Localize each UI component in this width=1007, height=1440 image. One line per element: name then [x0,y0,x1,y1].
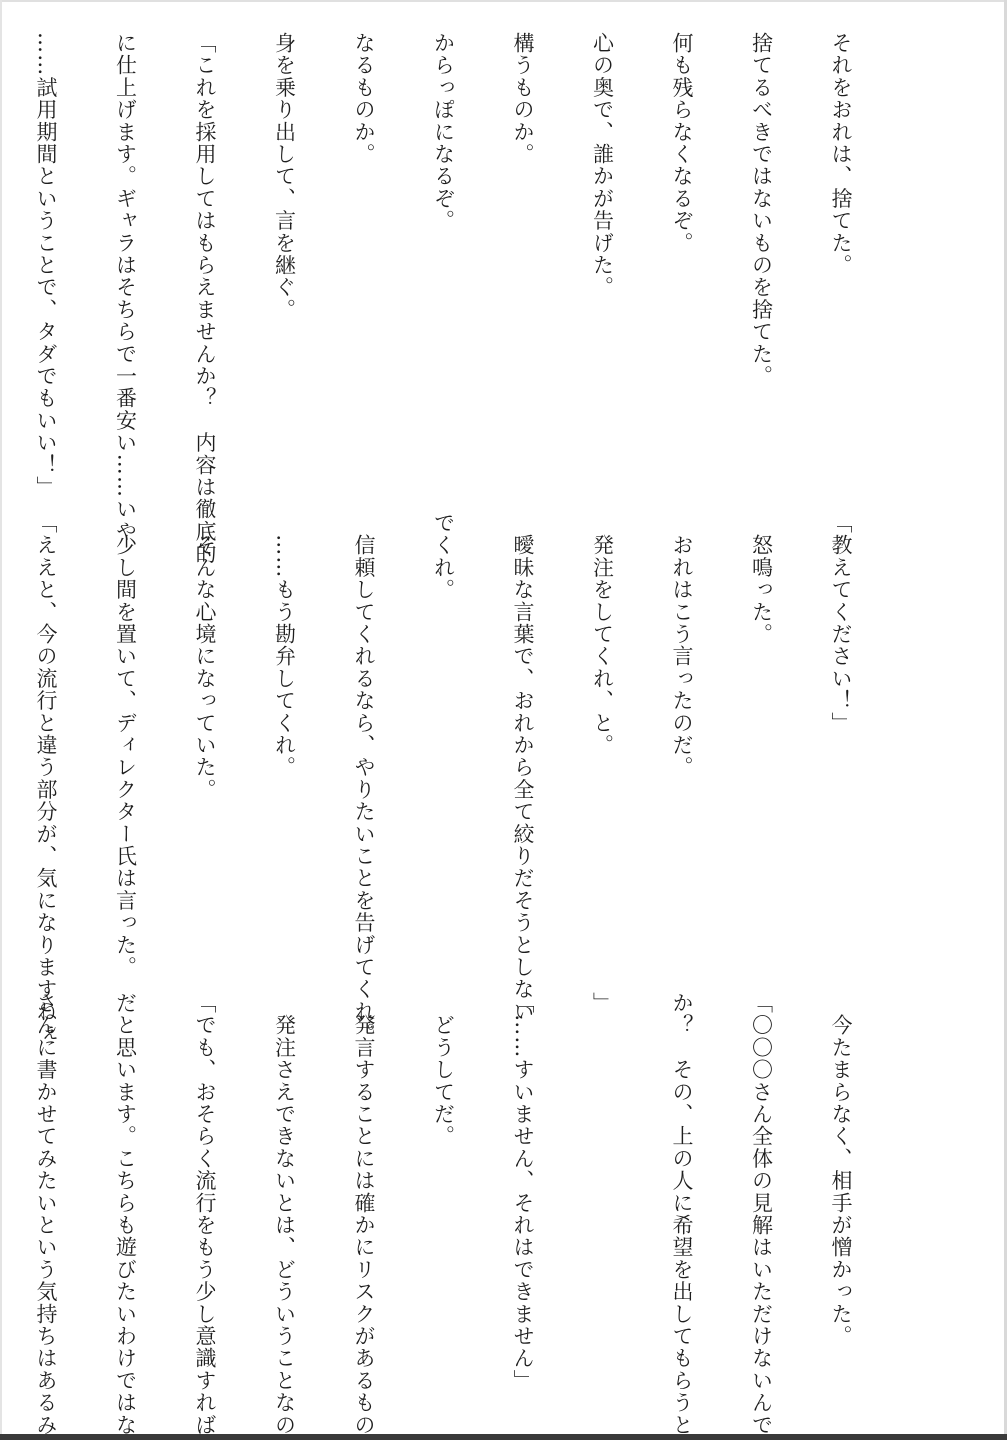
text-line: か？ その、上の人に希望を出してもらうとか…… [669,992,696,1412]
text-line: 心の奥で、誰かが告げた。 [589,32,616,477]
text-line: 怒鳴った。 [748,512,775,957]
text-line: でくれ。 [430,512,457,957]
text-line: 信頼してくれるなら、やりたいことを告げてくれ。 [351,512,378,957]
text-line: 曖昧な言葉で、おれから全て絞りだそうとしない [510,512,537,957]
page-bottom-edge [0,1434,1007,1440]
text-line: そんな心境になっていた。 [192,512,219,957]
text-line: からっぽになるぞ。 [430,32,457,477]
text-line: 「〇〇〇さん全体の見解はいただけないんでしょう [748,992,775,1412]
text-line: 捨てるべきではないものを捨てた。 [748,32,775,477]
text-line: なるものか。 [351,32,378,477]
text-line: どうしてだ。 [430,992,457,1412]
text-line: さんに書かせてみたいという気持ちはあるみたいな [33,992,60,1412]
text-line: 発注をしてくれ、と。 [589,512,616,957]
text-line: 身を乗り出して、言を継ぐ。 [271,32,298,477]
text-line: 何も残らなくなるぞ。 [669,32,696,477]
text-line: 発言することには確かにリスクがあるものだが。 [351,992,378,1412]
text-line: 発注さえできないとは、どういうことなのだ？ [271,992,298,1412]
text-band-top: それをおれは、捨てた。 捨てるべきではないものを捨てた。 何も残らなくなるぞ。 … [0,32,907,477]
text-line: 「ええと、今の流行と違う部分が、気になりますねぇ [33,512,60,957]
text-line: それをおれは、捨てた。 [828,32,855,477]
text-line: おれはこう言ったのだ。 [669,512,696,957]
text-line: 少し間を置いて、ディレクター氏は言った。 [112,512,139,957]
text-line: ……試用期間ということで、タダでもいい！」 [33,32,60,477]
text-line: だと思います。こちらも遊びたいわけではなく、Ｙ [112,992,139,1412]
text-band-bottom: 今たまらなく、相手が憎かった。 「〇〇〇さん全体の見解はいただけないんでしょう … [0,992,907,1412]
text-line: ……もう勘弁してくれ。 [271,512,298,957]
text-line: 「……すいません、それはできません」 [510,992,537,1412]
text-line: 「でも、おそらく流行をもう少し意識すれば、大丈夫 [192,992,219,1412]
text-line: 構うものか。 [510,32,537,477]
page-top-edge [0,0,1007,2]
text-line: 「これを採用してはもらえませんか？ 内容は徹底的 [192,32,219,477]
text-band-middle: 「教えてください！」 怒鳴った。 おれはこう言ったのだ。 発注をしてくれ、と。 … [0,512,907,957]
text-line: 「教えてください！」 [828,512,855,957]
text-line: に仕上げます。ギャラはそちらで一番安い……いや [112,32,139,477]
text-line: 」 [589,992,616,1412]
text-line: 今たまらなく、相手が憎かった。 [828,992,855,1412]
